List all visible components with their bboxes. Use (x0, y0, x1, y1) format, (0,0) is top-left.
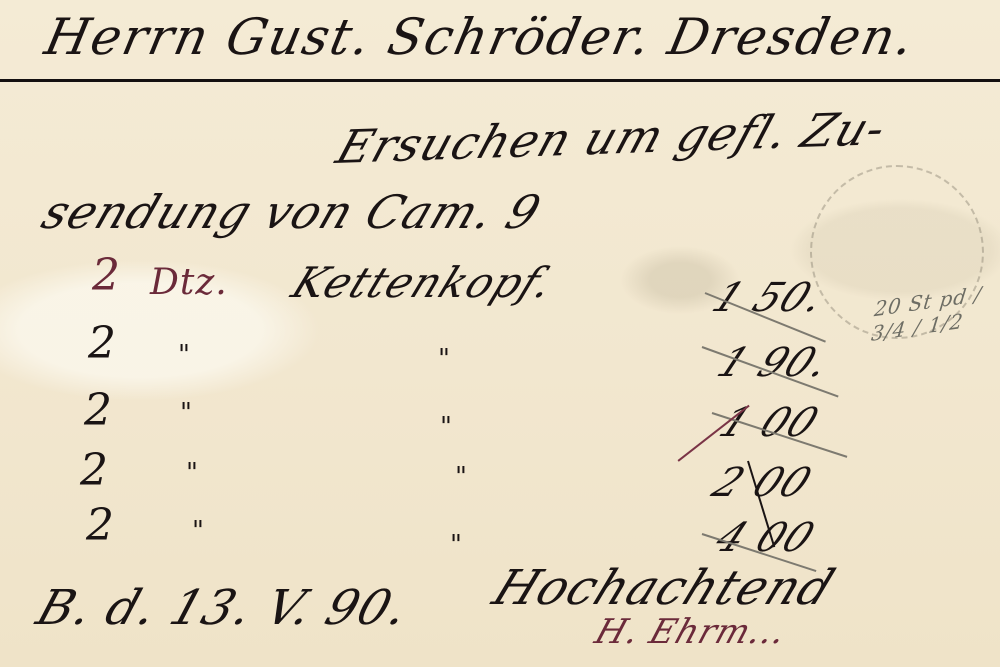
item-qty: 2 (84, 385, 113, 436)
address-rule-line (0, 79, 1000, 82)
item-price: 1 00 (712, 400, 827, 446)
body-line-2: sendung von Cam. 9 (35, 185, 549, 239)
closing-word: Hochachtend (485, 560, 843, 616)
item-unit: " (180, 398, 193, 428)
date-note: B. d. 13. V. 90. (30, 580, 416, 636)
item-price: 1 90. (710, 340, 838, 386)
body-line-1: Ersuchen um gefl. Zu- (330, 101, 894, 174)
item-unit: Dtz. (150, 262, 228, 303)
item-description: " (455, 462, 468, 492)
item-qty: 2 (86, 500, 115, 551)
item-unit: " (192, 516, 205, 546)
address-line: Herrn Gust. Schröder. Dresden. (40, 8, 920, 66)
item-description: " (440, 412, 453, 442)
item-qty: 2 (88, 318, 117, 369)
item-description: " (450, 530, 463, 560)
item-description: " (438, 344, 451, 374)
item-qty: 2 (92, 250, 121, 301)
item-price: 2 00 (705, 460, 820, 506)
item-price: 1 50. (705, 275, 833, 321)
postcard: Herrn Gust. Schröder. Dresden. Ersuchen … (0, 0, 1000, 667)
item-qty: 2 (80, 445, 109, 496)
item-unit: " (186, 458, 199, 488)
item-unit: " (178, 340, 191, 370)
signature: H. Ehrm... (590, 612, 792, 652)
item-description: Kettenkopf. (285, 258, 562, 307)
